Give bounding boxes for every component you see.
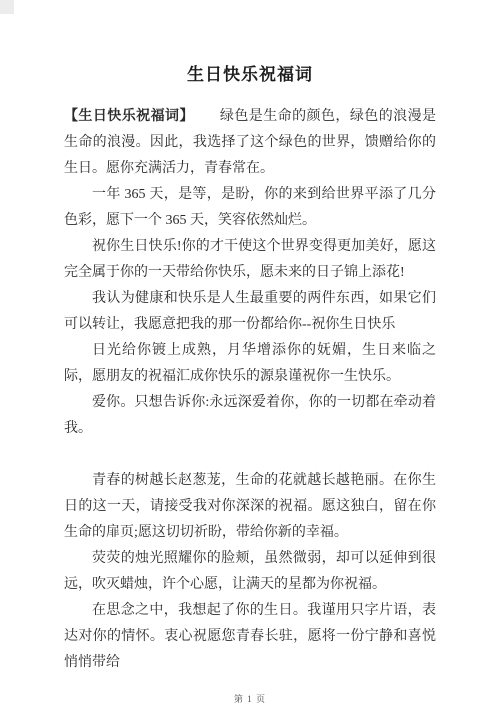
paragraph-9: 在思念之中，我想起了你的生日。我谨用只字片语，表达对你的情怀。衷心祝愿您青春长驻…: [64, 598, 436, 676]
paragraph-1: 【生日快乐祝福词】绿色是生命的颜色，绿色的浪漫是生命的浪漫。因此，我选择了这个绿…: [64, 104, 436, 182]
document-page: 生日快乐祝福词 【生日快乐祝福词】绿色是生命的颜色，绿色的浪漫是生命的浪漫。因此…: [0, 0, 500, 708]
paragraph-7: 青春的树越长赵葱茏，生命的花就越长越艳丽。在你生日的这一天，请接受我对你深深的祝…: [64, 468, 436, 546]
paragraph-3: 祝你生日快乐!你的才干使这个世界变得更加美好，愿这完全属于你的一天带给你快乐，愿…: [64, 234, 436, 286]
page-number-indicator: 第 1 页: [64, 692, 436, 705]
paragraph-5: 日光给你镀上成熟，月华增添你的妩媚，生日来临之际，愿朋友的祝福汇成你快乐的源泉谨…: [64, 338, 436, 390]
paragraph-2: 一年 365 天，是等，是盼，你的来到给世界平添了几分色彩，愿下一个 365 天…: [64, 182, 436, 234]
document-content: 生日快乐祝福词 【生日快乐祝福词】绿色是生命的颜色，绿色的浪漫是生命的浪漫。因此…: [0, 0, 500, 705]
page-title: 生日快乐祝福词: [64, 64, 436, 86]
corner-artifact: [0, 0, 14, 14]
paragraph-6: 爱你。只想告诉你:永远深爱着你，你的一切都在牵动着我。: [64, 390, 436, 442]
lead-label: 【生日快乐祝福词】: [64, 109, 194, 124]
paragraph-8: 荧荧的烛光照耀你的脸颊，虽然微弱，却可以延伸到很远，吹灭蜡烛，许个心愿，让满天的…: [64, 546, 436, 598]
paragraph-4: 我认为健康和快乐是人生最重要的两件东西，如果它们可以转让，我愿意把我的那一份都给…: [64, 286, 436, 338]
